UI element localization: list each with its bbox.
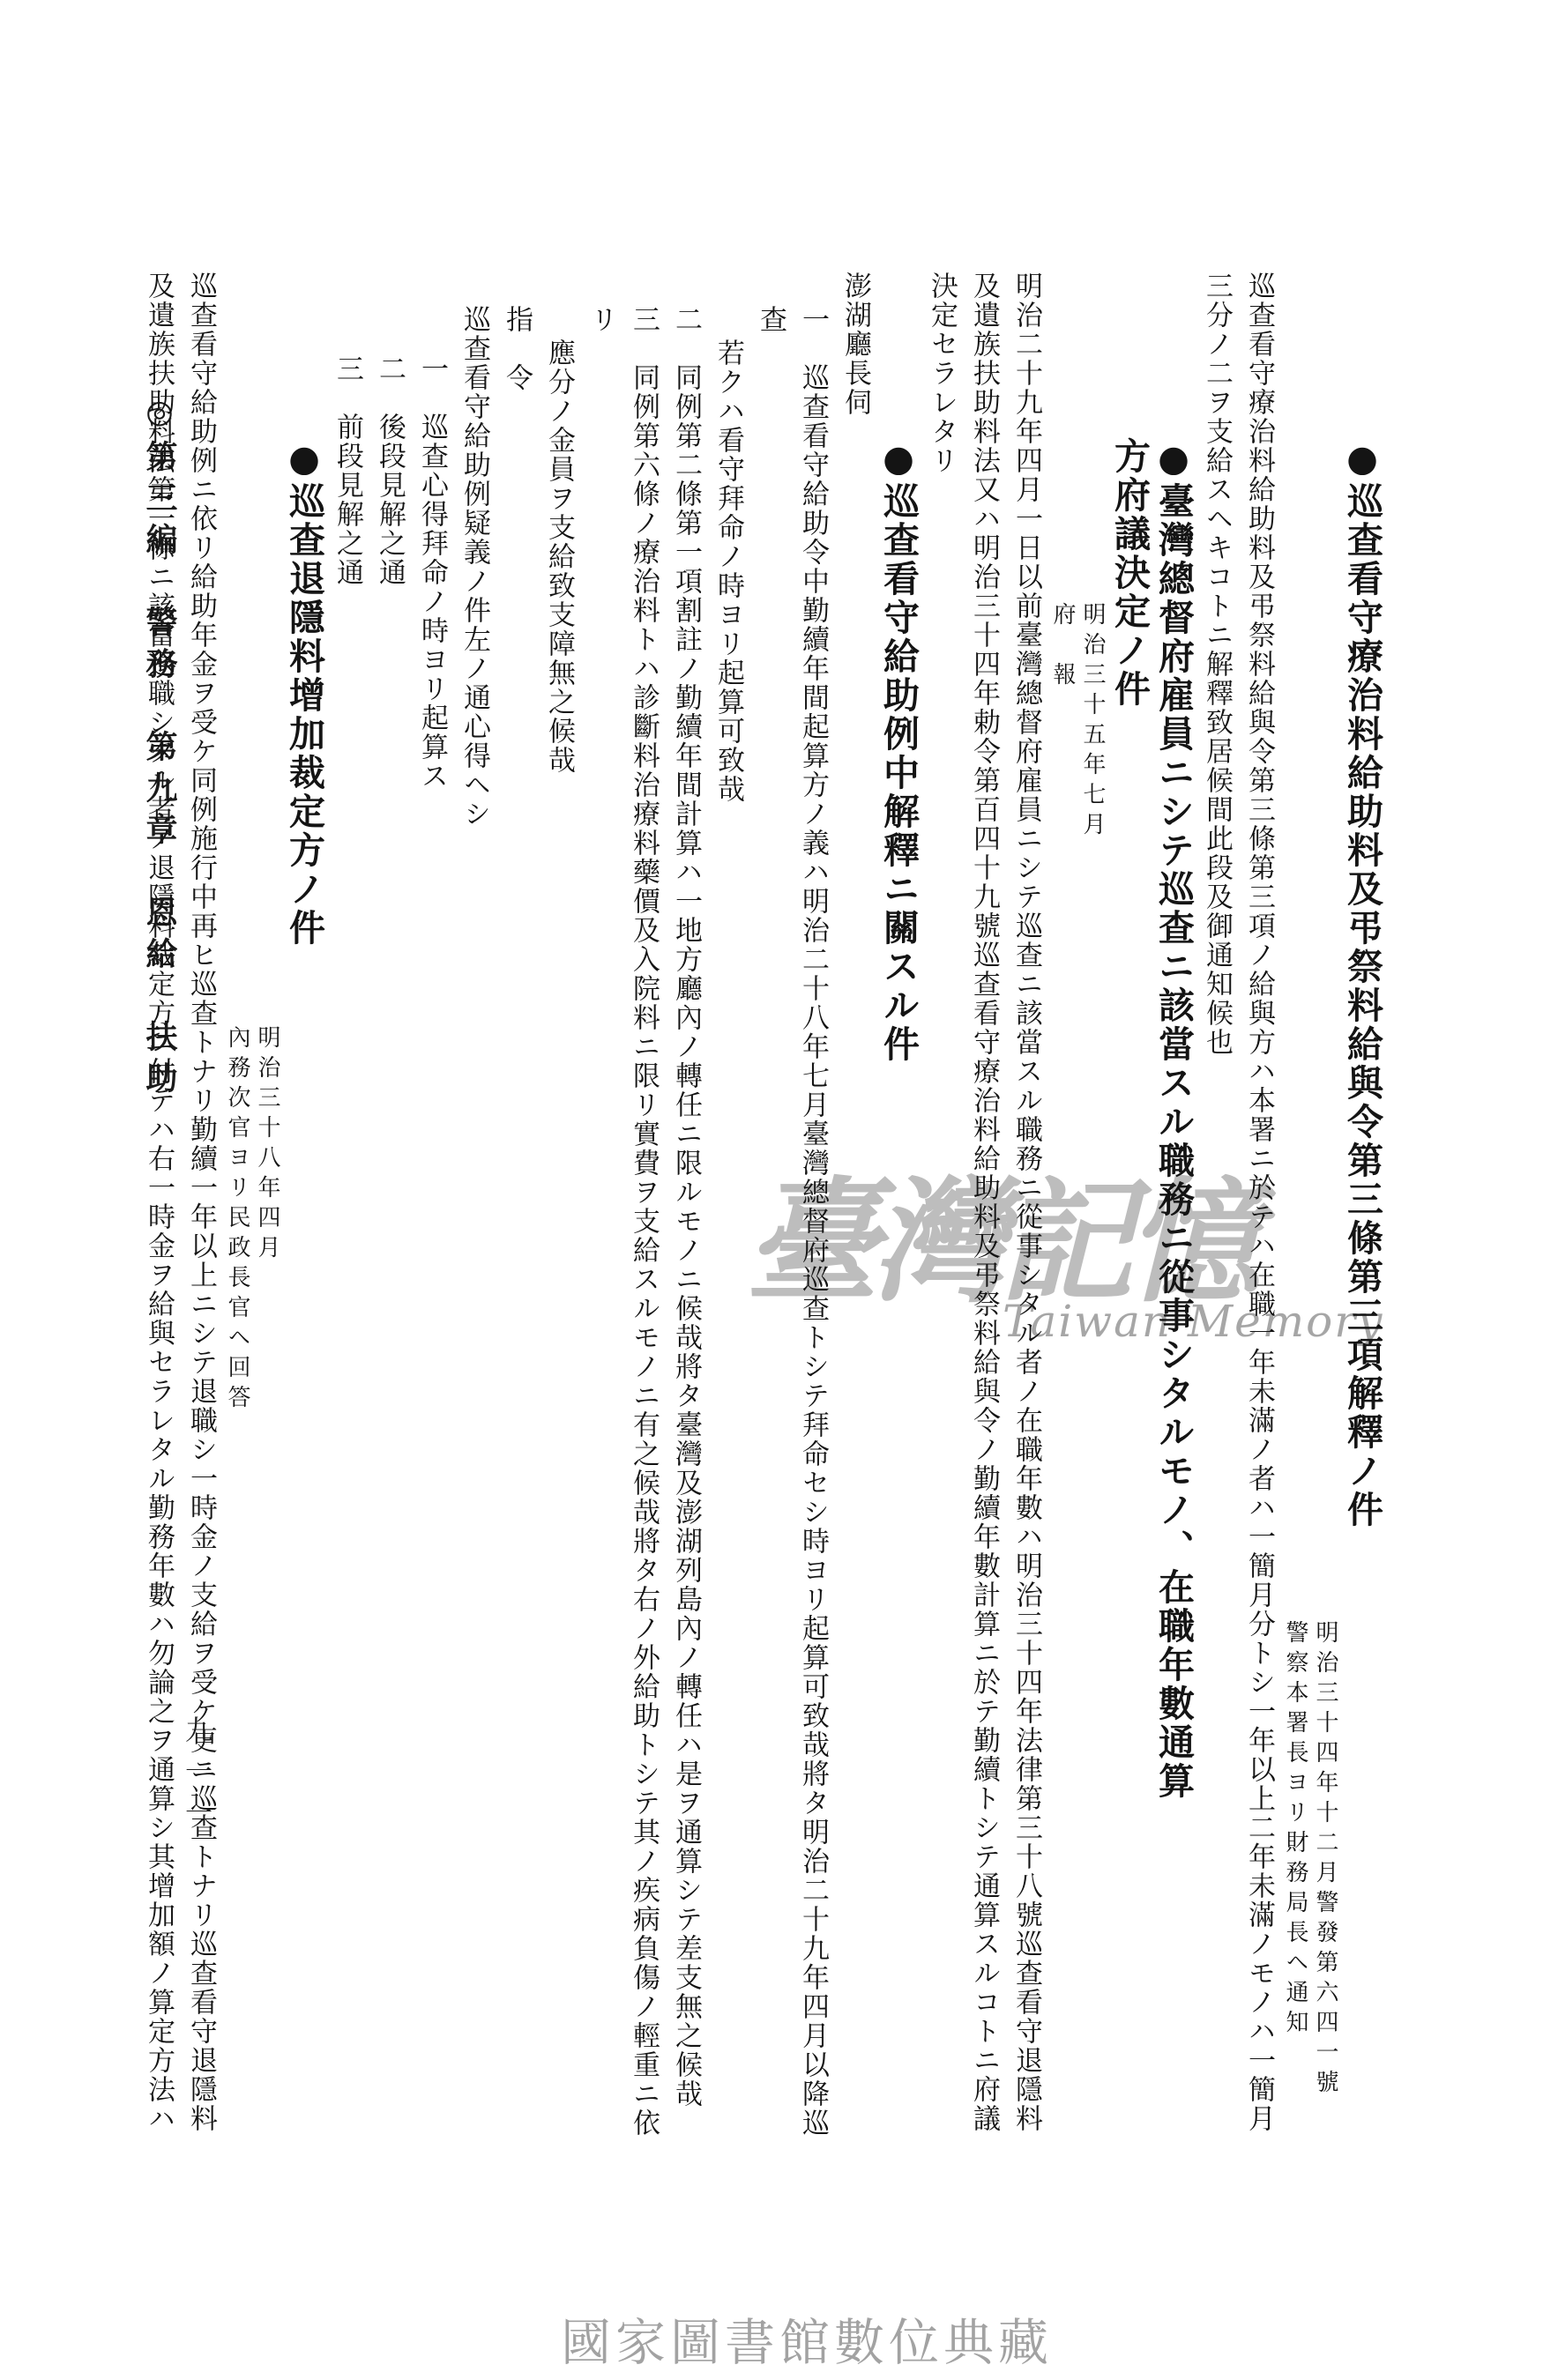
section2-annotation: 明治三十五年七月 府 報	[1047, 271, 1107, 2144]
section1-annotation: 明治三十四年十二月警發第六四一號 警察本署長ヨリ財務局長ヘ通知	[1280, 271, 1340, 2144]
section3-question1-line: 一 巡查看守給助令中勤續年間起算方ノ義ハ明治二十八年七月臺灣總督府巡查トシテ拜命…	[749, 271, 834, 2144]
section3-heading: ●巡查看守給助例中解釋ニ關スル件	[876, 271, 921, 2144]
section4-heading: ●巡查退隱料增加裁定方ノ件	[282, 271, 326, 2144]
section4-annotation-date: 明治三十八年四月	[252, 1025, 282, 2144]
section1-annotation-route: 警察本署長ヨリ財務局長ヘ通知	[1280, 1620, 1310, 2144]
section1-body-line: 三分ノ二ヲ支給スヘキコトニ解釋致居候間此段及御通知候也	[1196, 271, 1238, 2144]
section3-answer-line: 二 後段見解之通	[369, 271, 411, 2144]
document-body: ●巡查看守療治料給助料及弔祭料給與令第三條第三項解釋ノ件 明治三十四年十二月警發…	[159, 271, 1384, 2144]
section3-directive-intro: 巡查看守給助例疑義ノ件左ノ通心得ヘシ	[453, 271, 496, 2144]
section1-heading: ●巡查看守療治料給助料及弔祭料給與令第三條第三項解釋ノ件	[1340, 271, 1384, 2144]
section1-body-line: 巡查看守療治料給助料及弔祭料給與令第三條第三項ノ給與方ハ本署ニ於テハ在職一年未滿…	[1238, 271, 1280, 2144]
archive-caption: 國家圖書館數位典藏	[561, 2302, 1053, 2375]
scanned-document-page: 臺灣記憶 Taiwan Memory ◎第三編 警務 第九章 恩給 扶助 九一一…	[0, 0, 1543, 2380]
section4-body-line: 及遺族扶助料法第一條ニ該當退職シタル者ノ退隱料裁定方ニ付テハ右一時金ヲ給與セラレ…	[138, 271, 180, 2144]
section3-question3-line: 應分ノ金員ヲ支給致支障無之候哉	[538, 271, 580, 2144]
section2-body-line: 明治二十九年四月一日以前臺灣總督府雇員ニシテ巡查ニ該當スル職務ニ從事シタル者ノ在…	[1005, 271, 1047, 2144]
section2-annotation-source: 府 報	[1047, 602, 1077, 2144]
section4-annotation-route: 內務次官ヨリ民政長官ヘ回答	[222, 1025, 252, 2144]
section3-question3-line: 三 同例第六條ノ療治料トハ診斷料治療料藥價及入院料ニ限リ實費ヲ支給スルモノニ有之…	[580, 271, 665, 2144]
section3-answer-line: 一 巡查心得拜命ノ時ヨリ起算ス	[411, 271, 453, 2144]
section3-answer-line: 三 前段見解之通	[326, 271, 369, 2144]
section2-heading-line: 方府議決定ノ件	[1107, 271, 1152, 2144]
section3-inquirer: 澎湖廳長伺	[834, 271, 876, 2144]
section2-heading-line: ●臺灣總督府雇員ニシテ巡查ニ該當スル職務ニ從事シタルモノ、在職年數通算	[1152, 271, 1196, 2144]
section3-question2-line: 二 同例第二條第一項割註ノ勤續年間計算ハ一地方廳內ノ轉任ニ限ルモノニ候哉將タ臺灣…	[665, 271, 707, 2144]
section2-body-line: 決定セラレタリ	[921, 271, 963, 2144]
section4-body-line: 巡查看守給助例ニ依リ給助年金ヲ受ケ同例施行中再ヒ巡查トナリ勤續一年以上ニシテ退職…	[180, 271, 222, 2144]
section2-annotation-date: 明治三十五年七月	[1077, 602, 1107, 2144]
section3-question1-line: 若クハ看守拜命ノ時ヨリ起算可致哉	[707, 271, 749, 2144]
section2-body-line: 及遺族扶助料法又ハ明治三十四年勅令第百四十九號巡查看守療治料給助料及弔祭料給與令…	[963, 271, 1005, 2144]
section3-directive-label: 指 令	[496, 271, 538, 2144]
section4-annotation: 明治三十八年四月 內務次官ヨリ民政長官ヘ回答	[222, 271, 282, 2144]
section1-annotation-date: 明治三十四年十二月警發第六四一號	[1310, 1620, 1340, 2144]
